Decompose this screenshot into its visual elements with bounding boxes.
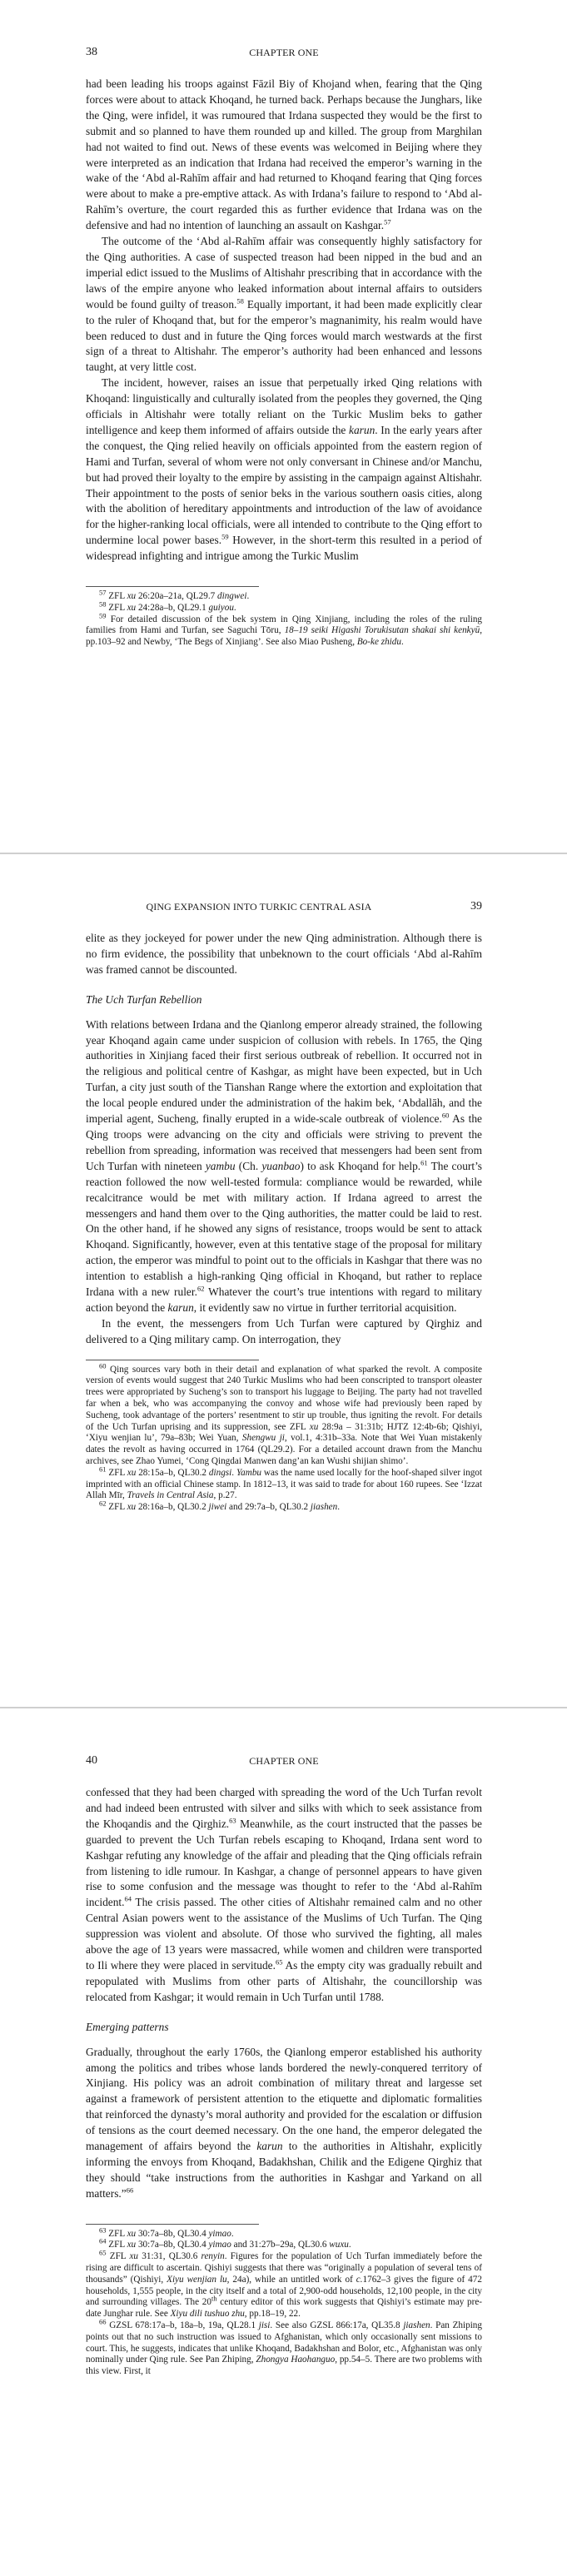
footnote-ref[interactable]: 57 (384, 218, 391, 226)
footnote-58: 58 ZFL xu 24:28a–b, QL29.1 guiyou. (86, 603, 482, 614)
page-body: confessed that they had been charged wit… (86, 1785, 482, 2378)
footnote-ref[interactable]: 59 (221, 533, 229, 541)
paragraph: confessed that they had been charged wit… (86, 1785, 482, 2006)
paragraph: In the event, the messengers from Uch Tu… (86, 1316, 482, 1348)
section-heading: Emerging patterns (86, 2020, 482, 2036)
footnote-59: 59 For detailed discussion of the bek sy… (86, 614, 482, 649)
paragraph: elite as they jockeyed for power under t… (86, 931, 482, 978)
page-header: 38 CHAPTER ONE (86, 46, 482, 62)
footnote-ref[interactable]: 61 (420, 1158, 428, 1166)
page-40: 40 CHAPTER ONE confessed that they had b… (0, 1708, 567, 2561)
footnote-63: 63 ZFL xu 30:7a–8b, QL30.4 yimao. (86, 2229, 482, 2240)
footnote-number: 62 (99, 1499, 107, 1507)
page-header: 40 CHAPTER ONE (86, 1754, 482, 1771)
footnote-rule (86, 586, 259, 587)
footnote-60: 60 Qing sources vary both in their detai… (86, 1365, 482, 1468)
footnote-66: 66 GZSL 678:17a–b, 18a–b, 19a, QL28.1 ji… (86, 2320, 482, 2378)
footnote-rule (86, 2224, 259, 2225)
footnote-number: 63 (99, 2225, 107, 2234)
page-body: elite as they jockeyed for power under t… (86, 931, 482, 1514)
footnote-number: 60 (99, 1361, 107, 1370)
footnote-number: 66 (99, 2317, 107, 2325)
footnote-61: 61 ZFL xu 28:15a–b, QL30.2 dingsi. Yambu… (86, 1468, 482, 1502)
page-39: QING EXPANSION INTO TURKIC CENTRAL ASIA … (0, 854, 567, 1707)
section-heading: The Uch Turfan Rebellion (86, 992, 482, 1008)
footnote-rule (86, 1360, 259, 1360)
footnotes: 57 ZFL xu 26:20a–21a, QL29.7 dingwei.58 … (86, 591, 482, 649)
running-head: QING EXPANSION INTO TURKIC CENTRAL ASIA (86, 901, 432, 913)
footnotes: 63 ZFL xu 30:7a–8b, QL30.4 yimao.64 ZFL … (86, 2229, 482, 2378)
page-body: had been leading his troops against Fāzi… (86, 77, 482, 649)
running-head: CHAPTER ONE (86, 1755, 482, 1768)
footnote-number: 57 (99, 588, 107, 596)
footnote-number: 61 (99, 1465, 107, 1473)
paragraph: The outcome of the ‘Abd al-Rahīm affair … (86, 234, 482, 375)
footnote-57: 57 ZFL xu 26:20a–21a, QL29.7 dingwei. (86, 591, 482, 603)
running-head: CHAPTER ONE (86, 47, 482, 59)
footnote-65: 65 ZFL xu 31:31, QL30.6 renyin. Figures … (86, 2251, 482, 2320)
footnote-ref[interactable]: 64 (124, 1895, 132, 1903)
paragraph: With relations between Irdana and the Qi… (86, 1017, 482, 1316)
page-38: 38 CHAPTER ONE had been leading his troo… (0, 0, 567, 853)
footnote-number: 58 (99, 599, 107, 608)
footnote-ref[interactable]: 58 (236, 296, 244, 305)
footnote-ref[interactable]: 63 (229, 1816, 236, 1824)
paragraph: had been leading his troops against Fāzi… (86, 77, 482, 234)
page-number: 39 (470, 900, 482, 913)
footnote-number: 64 (99, 2237, 107, 2245)
footnotes: 60 Qing sources vary both in their detai… (86, 1365, 482, 1514)
footnote-62: 62 ZFL xu 28:16a–b, QL30.2 jiwei and 29:… (86, 1502, 482, 1514)
footnote-number: 65 (99, 2249, 107, 2257)
paragraph: Gradually, throughout the early 1760s, t… (86, 2045, 482, 2202)
footnote-number: 59 (99, 611, 107, 619)
footnote-64: 64 ZFL xu 30:7a–8b, QL30.4 yimao and 31:… (86, 2240, 482, 2251)
footnote-ref[interactable]: 66 (127, 2186, 134, 2194)
paragraph: The incident, however, raises an issue t… (86, 375, 482, 564)
page-header: QING EXPANSION INTO TURKIC CENTRAL ASIA … (86, 900, 482, 917)
